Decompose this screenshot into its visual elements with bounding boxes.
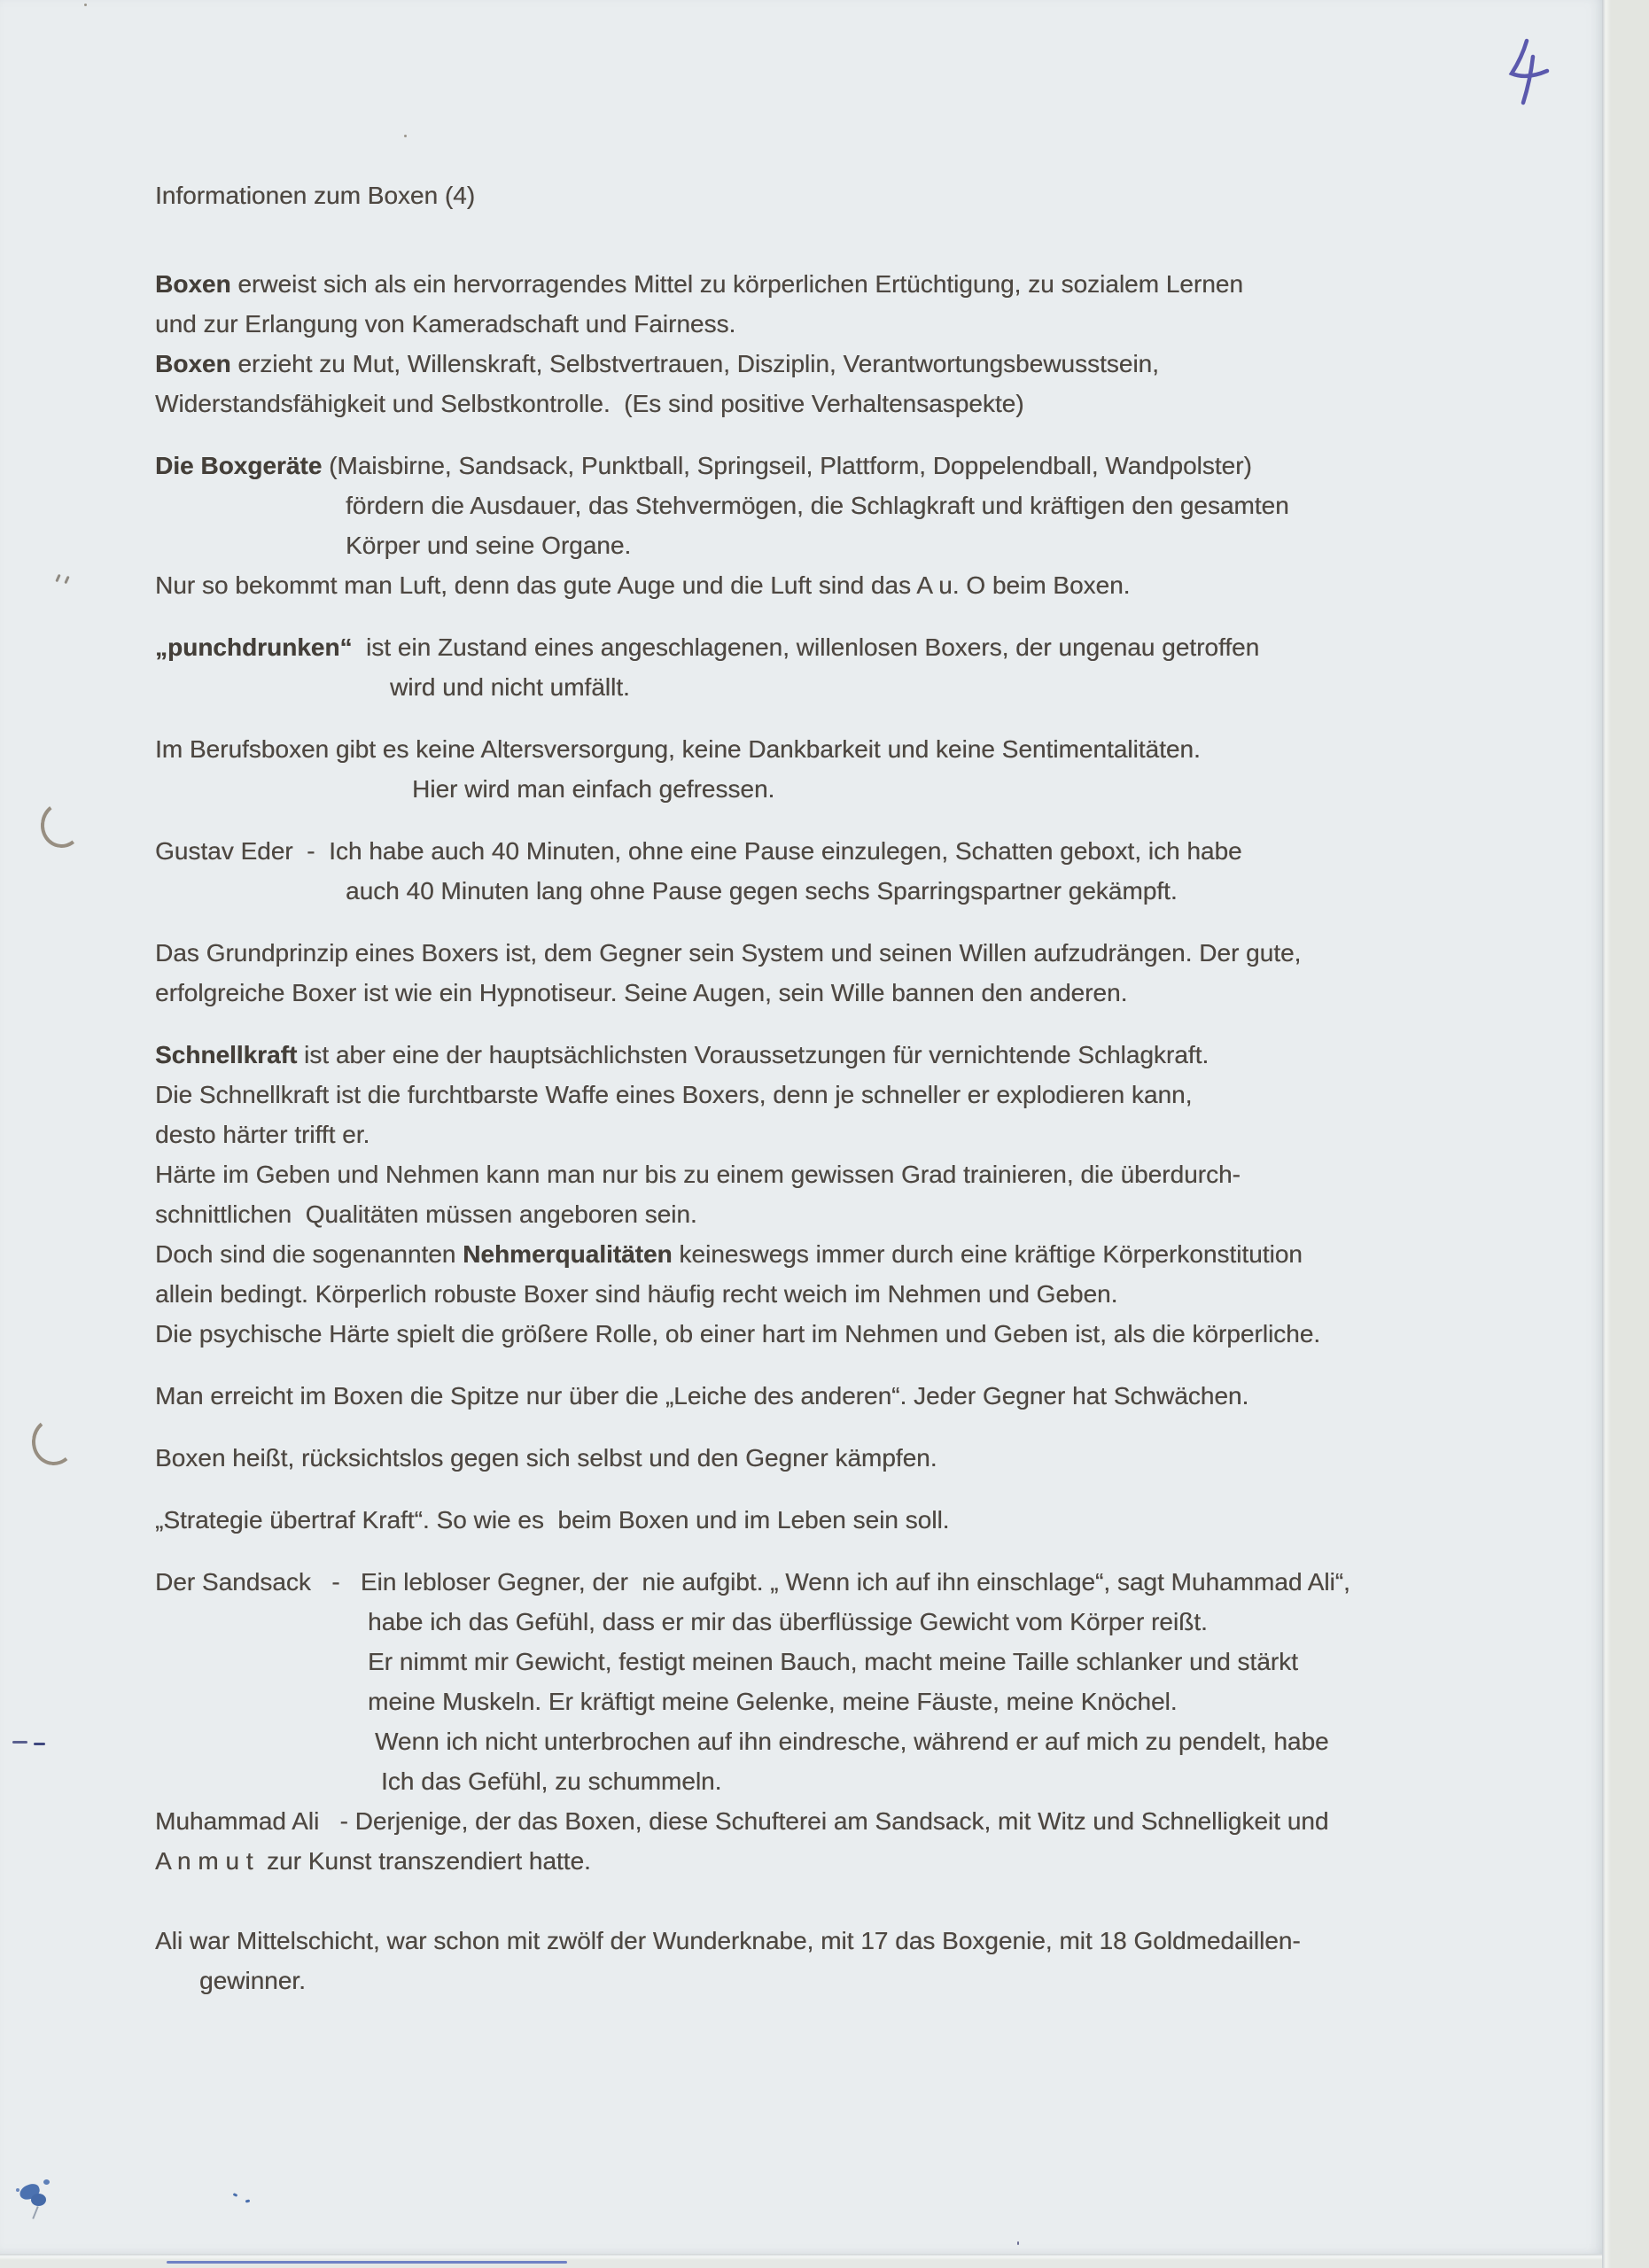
text-segment: ist aber eine der hauptsächlichsten Vora…: [297, 1041, 1209, 1068]
scanned-page: Informationen zum Boxen (4) Boxen erweis…: [0, 0, 1649, 2268]
text-line: Die psychische Härte spielt die größere …: [155, 1314, 1466, 1354]
text-segment: meine Muskeln. Er kräftigt meine Gelenke…: [368, 1688, 1178, 1715]
paragraphs-container: Boxen erweist sich als ein hervorragende…: [155, 264, 1466, 2000]
paragraph: „Strategie übertraf Kraft“. So wie es be…: [155, 1500, 1466, 1540]
text-segment: Im Berufsboxen gibt es keine Altersverso…: [155, 735, 1201, 763]
text-segment: Der Sandsack - Ein lebloser Gegner, der …: [155, 1568, 1350, 1596]
pencil-tick-mark: [55, 574, 60, 582]
pen-dash-mark: [34, 1743, 45, 1745]
text-line: Das Grundprinzip eines Boxers ist, dem G…: [155, 933, 1466, 973]
text-line: meine Muskeln. Er kräftigt meine Gelenke…: [155, 1682, 1466, 1721]
ink-blot: [16, 2178, 64, 2220]
ink-speck: [245, 2199, 251, 2202]
text-segment: Widerstandsfähigkeit und Selbstkontrolle…: [155, 390, 1024, 417]
paper-sheet: Informationen zum Boxen (4) Boxen erweis…: [0, 0, 1602, 2256]
handwritten-four-icon: [1496, 32, 1560, 117]
pencil-crescent-mark: [38, 799, 87, 850]
text-segment: Hier wird man einfach gefressen.: [412, 775, 774, 803]
pencil-crescent-mark: [29, 1416, 78, 1468]
text-segment: schnittlichen Qualitäten müssen angebore…: [155, 1200, 697, 1228]
text-segment: erfolgreiche Boxer ist wie ein Hypnotise…: [155, 979, 1127, 1006]
text-segment: Ali war Mittelschicht, war schon mit zwö…: [155, 1927, 1301, 1954]
paper-speck: [1017, 2241, 1019, 2245]
text-line: auch 40 Minuten lang ohne Pause gegen se…: [155, 871, 1466, 911]
paragraph: Die Boxgeräte (Maisbirne, Sandsack, Punk…: [155, 446, 1466, 605]
text-line: desto härter trifft er.: [155, 1115, 1466, 1154]
text-segment: gewinner.: [199, 1967, 306, 1994]
text-segment: „Strategie übertraf Kraft“. So wie es be…: [155, 1506, 949, 1534]
paragraph: Der Sandsack - Ein lebloser Gegner, der …: [155, 1562, 1466, 1801]
text-line: Körper und seine Organe.: [155, 525, 1466, 565]
text-line: allein bedingt. Körperlich robuste Boxer…: [155, 1274, 1466, 1314]
paragraph: Ali war Mittelschicht, war schon mit zwö…: [155, 1921, 1466, 2000]
text-segment: erzieht zu Mut, Willenskraft, Selbstvert…: [231, 350, 1159, 377]
text-segment: Ich das Gefühl, zu schummeln.: [381, 1767, 721, 1795]
text-line: Boxen erweist sich als ein hervorragende…: [155, 264, 1466, 304]
text-line: Boxen heißt, rücksichtslos gegen sich se…: [155, 1438, 1466, 1478]
document-title: Informationen zum Boxen (4): [155, 175, 1466, 215]
text-segment: Wenn ich nicht unterbrochen auf ihn eind…: [375, 1728, 1329, 1755]
document-text: Informationen zum Boxen (4) Boxen erweis…: [155, 175, 1466, 2000]
text-line: Doch sind die sogenannten Nehmerqualität…: [155, 1234, 1466, 1274]
paper-speck: [84, 4, 87, 6]
text-segment: Boxen heißt, rücksichtslos gegen sich se…: [155, 1444, 937, 1472]
text-segment: Doch sind die sogenannten: [155, 1240, 463, 1268]
text-segment: habe ich das Gefühl, dass er mir das übe…: [368, 1608, 1208, 1635]
bold-text-segment: Nehmerqualitäten: [463, 1240, 673, 1268]
text-line: Ich das Gefühl, zu schummeln.: [155, 1761, 1466, 1801]
text-segment: A n m u t zur Kunst transzendiert hatte.: [155, 1847, 591, 1875]
handwritten-page-number: [1496, 32, 1560, 121]
text-line: Boxen erzieht zu Mut, Willenskraft, Selb…: [155, 344, 1466, 384]
text-line: gewinner.: [155, 1961, 1466, 2000]
text-segment: wird und nicht umfällt.: [390, 673, 630, 701]
text-segment: allein bedingt. Körperlich robuste Boxer…: [155, 1280, 1117, 1308]
text-segment: Die Schnellkraft ist die furchtbarste Wa…: [155, 1081, 1192, 1108]
text-segment: Gustav Eder - Ich habe auch 40 Minuten, …: [155, 837, 1242, 865]
paper-speck: [404, 135, 407, 137]
pen-dash-mark: [12, 1741, 27, 1744]
text-segment: Härte im Geben und Nehmen kann man nur b…: [155, 1161, 1241, 1188]
text-segment: keineswegs immer durch eine kräftige Kör…: [673, 1240, 1303, 1268]
text-line: Die Schnellkraft ist die furchtbarste Wa…: [155, 1075, 1466, 1115]
text-line: Im Berufsboxen gibt es keine Altersverso…: [155, 729, 1466, 769]
text-line: erfolgreiche Boxer ist wie ein Hypnotise…: [155, 973, 1466, 1013]
text-line: Der Sandsack - Ein lebloser Gegner, der …: [155, 1562, 1466, 1602]
scanner-edge-right: [1602, 0, 1649, 2268]
text-line: und zur Erlangung von Kameradschaft und …: [155, 304, 1466, 344]
text-line: schnittlichen Qualitäten müssen angebore…: [155, 1194, 1466, 1234]
paragraph: Muhammad Ali - Derjenige, der das Boxen,…: [155, 1801, 1466, 1881]
text-line: A n m u t zur Kunst transzendiert hatte.: [155, 1841, 1466, 1881]
text-line: Hier wird man einfach gefressen.: [155, 769, 1466, 809]
text-line: Nur so bekommt man Luft, denn das gute A…: [155, 565, 1466, 605]
text-segment: (Maisbirne, Sandsack, Punktball, Springs…: [322, 452, 1251, 479]
ink-speck: [233, 2193, 238, 2197]
paragraph: Man erreicht im Boxen die Spitze nur übe…: [155, 1376, 1466, 1416]
text-segment: desto härter trifft er.: [155, 1121, 369, 1148]
paragraph: Schnellkraft ist aber eine der hauptsäch…: [155, 1035, 1466, 1354]
text-line: wird und nicht umfällt.: [155, 667, 1466, 707]
bold-text-segment: Boxen: [155, 350, 231, 377]
pencil-tick-mark: [64, 576, 69, 584]
text-segment: Er nimmt mir Gewicht, festigt meinen Bau…: [368, 1648, 1298, 1675]
text-line: Er nimmt mir Gewicht, festigt meinen Bau…: [155, 1642, 1466, 1682]
text-segment: Das Grundprinzip eines Boxers ist, dem G…: [155, 939, 1301, 967]
text-segment: ist ein Zustand eines angeschlagenen, wi…: [352, 633, 1259, 661]
text-segment: und zur Erlangung von Kameradschaft und …: [155, 310, 735, 338]
paragraph: Boxen erweist sich als ein hervorragende…: [155, 264, 1466, 423]
paragraph: „punchdrunken“ ist ein Zustand eines ang…: [155, 627, 1466, 707]
text-line: Härte im Geben und Nehmen kann man nur b…: [155, 1154, 1466, 1194]
text-segment: Körper und seine Organe.: [346, 532, 631, 559]
text-segment: Muhammad Ali - Derjenige, der das Boxen,…: [155, 1807, 1328, 1835]
blue-line-mark: [167, 2261, 567, 2264]
bold-text-segment: Schnellkraft: [155, 1041, 297, 1068]
text-segment: Nur so bekommt man Luft, denn das gute A…: [155, 571, 1130, 599]
text-segment: Die psychische Härte spielt die größere …: [155, 1320, 1320, 1348]
text-segment: Man erreicht im Boxen die Spitze nur übe…: [155, 1382, 1248, 1410]
text-line: Die Boxgeräte (Maisbirne, Sandsack, Punk…: [155, 446, 1466, 485]
text-line: habe ich das Gefühl, dass er mir das übe…: [155, 1602, 1466, 1642]
paragraph: Boxen heißt, rücksichtslos gegen sich se…: [155, 1438, 1466, 1478]
text-segment: erweist sich als ein hervorragendes Mitt…: [231, 270, 1243, 298]
text-line: Gustav Eder - Ich habe auch 40 Minuten, …: [155, 831, 1466, 871]
bold-text-segment: Die Boxgeräte: [155, 452, 322, 479]
text-segment: fördern die Ausdauer, das Stehvermögen, …: [346, 492, 1289, 519]
paragraph: Das Grundprinzip eines Boxers ist, dem G…: [155, 933, 1466, 1013]
text-line: Widerstandsfähigkeit und Selbstkontrolle…: [155, 384, 1466, 423]
text-line: Muhammad Ali - Derjenige, der das Boxen,…: [155, 1801, 1466, 1841]
text-line: Man erreicht im Boxen die Spitze nur übe…: [155, 1376, 1466, 1416]
paragraph: Im Berufsboxen gibt es keine Altersverso…: [155, 729, 1466, 809]
text-line: „Strategie übertraf Kraft“. So wie es be…: [155, 1500, 1466, 1540]
text-line: Wenn ich nicht unterbrochen auf ihn eind…: [155, 1721, 1466, 1761]
bold-text-segment: „punchdrunken“: [155, 633, 352, 661]
text-line: fördern die Ausdauer, das Stehvermögen, …: [155, 485, 1466, 525]
text-segment: auch 40 Minuten lang ohne Pause gegen se…: [346, 877, 1178, 905]
text-line: Ali war Mittelschicht, war schon mit zwö…: [155, 1921, 1466, 1961]
bold-text-segment: Boxen: [155, 270, 231, 298]
text-line: „punchdrunken“ ist ein Zustand eines ang…: [155, 627, 1466, 667]
text-line: Schnellkraft ist aber eine der hauptsäch…: [155, 1035, 1466, 1075]
paragraph: Gustav Eder - Ich habe auch 40 Minuten, …: [155, 831, 1466, 911]
